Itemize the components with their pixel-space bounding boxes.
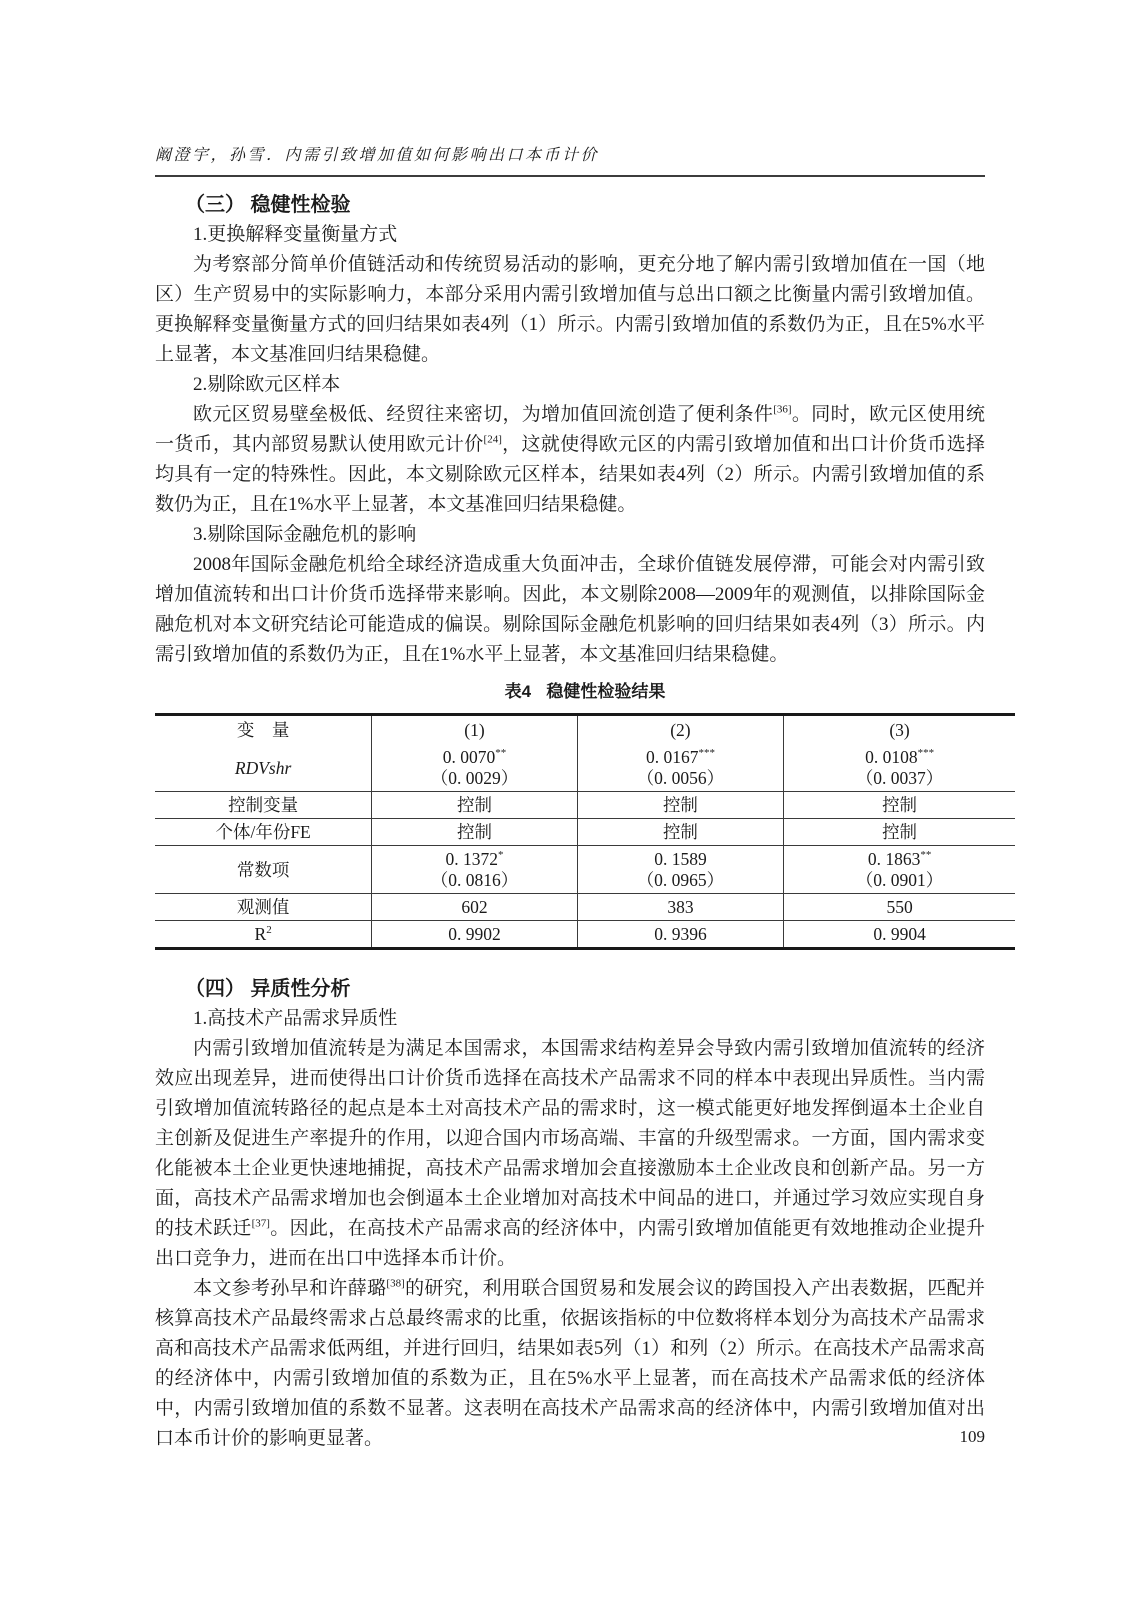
table4-row-obs: 观测值602383550 — [155, 894, 1015, 921]
table4-row-fe: 个体/年份FE控制控制控制 — [155, 819, 1015, 846]
row-label-obs: 观测值 — [155, 894, 372, 921]
significance-stars: *** — [698, 747, 715, 759]
subsection-heading-replace-variable: 1.更换解释变量衡量方式 — [155, 220, 985, 250]
coefficient-value: 0. 9904 — [788, 923, 1011, 945]
table4-cell: 602 — [372, 894, 578, 921]
standard-error: （0. 0029） — [376, 768, 573, 789]
paragraph-hightech-results: 本文参考孙早和许薛璐[38]的研究，利用联合国贸易和发展会议的跨国投入产出表数据… — [155, 1274, 985, 1454]
row-label-controls: 控制变量 — [155, 792, 372, 819]
coefficient-value: 0. 1589 — [582, 848, 779, 870]
table4-cell: 0. 1372*（0. 0816） — [372, 846, 578, 894]
coefficient-value: 0. 9396 — [582, 923, 779, 945]
table4-block: 表4稳健性检验结果 变 量(1)(2)(3) RDVshr0. 0070**（0… — [155, 680, 985, 950]
subsection-heading-exclude-eurozone: 2.剔除欧元区样本 — [155, 370, 985, 400]
coefficient-value: 控制 — [376, 794, 573, 816]
label-superscript: 2 — [266, 924, 272, 936]
table4-cell: 0. 9902 — [372, 921, 578, 949]
table4-cell: 0. 1863**（0. 0901） — [784, 846, 1015, 894]
table4-cell: 0. 0070**（0. 0029） — [372, 744, 578, 792]
table4-cell: 383 — [577, 894, 783, 921]
page-content: 阚澄宇，孙雪．内需引致增加值如何影响出口本币计价 （三） 稳健性检验 1.更换解… — [155, 0, 985, 1454]
table4-cell: 0. 9904 — [784, 921, 1015, 949]
table4-cell: 0. 0167***（0. 0056） — [577, 744, 783, 792]
standard-error: （0. 0901） — [788, 870, 1011, 891]
citation-ref: [24] — [484, 434, 502, 446]
coefficient-value: 0. 0070** — [376, 746, 573, 768]
standard-error: （0. 0037） — [788, 768, 1011, 789]
table4-row-r2: R20. 99020. 93960. 9904 — [155, 921, 1015, 949]
table4-header-variable: 变 量 — [155, 715, 372, 745]
standard-error: （0. 0816） — [376, 870, 573, 891]
table4-header-model-3: (3) — [784, 715, 1015, 745]
table4-header-model-1: (1) — [372, 715, 578, 745]
page-number: 109 — [960, 1427, 986, 1447]
table4-cell: 控制 — [784, 792, 1015, 819]
row-label-fe: 个体/年份FE — [155, 819, 372, 846]
row-label-rdvshr: RDVshr — [155, 744, 372, 792]
paragraph-exclude-eurozone: 欧元区贸易壁垒极低、经贸往来密切，为增加值回流创造了便利条件[36]。同时，欧元… — [155, 400, 985, 520]
citation-ref: [37] — [252, 1218, 270, 1230]
paragraph-hightech-mechanism: 内需引致增加值流转是为满足本国需求，本国需求结构差异会导致内需引致增加值流转的经… — [155, 1034, 985, 1274]
significance-stars: ** — [920, 849, 931, 861]
table4-cell: 控制 — [577, 792, 783, 819]
coefficient-value: 0. 0108*** — [788, 746, 1011, 768]
significance-stars: * — [498, 849, 504, 861]
coefficient-value: 控制 — [376, 821, 573, 843]
subsection-heading-hightech-demand: 1.高技术产品需求异质性 — [155, 1004, 985, 1034]
table4-cell: 0. 1589（0. 0965） — [577, 846, 783, 894]
coefficient-value: 383 — [582, 896, 779, 918]
table4-row-controls: 控制变量控制控制控制 — [155, 792, 1015, 819]
table4-cell: 控制 — [784, 819, 1015, 846]
table4-cell: 0. 0108***（0. 0037） — [784, 744, 1015, 792]
table4-cell: 控制 — [577, 819, 783, 846]
table4-row-constant: 常数项0. 1372*（0. 0816）0. 1589（0. 0965）0. 1… — [155, 846, 1015, 894]
table4-cell: 控制 — [372, 792, 578, 819]
citation-ref: [36] — [773, 404, 791, 416]
table4-caption-title: 稳健性检验结果 — [546, 682, 665, 701]
table4-cell: 控制 — [372, 819, 578, 846]
table4-cell: 0. 9396 — [577, 921, 783, 949]
table4-caption: 表4稳健性检验结果 — [155, 680, 1015, 704]
table4-caption-label: 表4 — [505, 682, 531, 701]
coefficient-value: 控制 — [582, 821, 779, 843]
table4-row-rdvshr: RDVshr0. 0070**（0. 0029）0. 0167***（0. 00… — [155, 744, 1015, 792]
significance-stars: ** — [495, 747, 506, 759]
table4-header-model-2: (2) — [577, 715, 783, 745]
coefficient-value: 控制 — [788, 794, 1011, 816]
coefficient-value: 0. 1863** — [788, 848, 1011, 870]
coefficient-value: 控制 — [788, 821, 1011, 843]
row-label-constant: 常数项 — [155, 846, 372, 894]
standard-error: （0. 0965） — [582, 870, 779, 891]
significance-stars: *** — [918, 747, 935, 759]
table4-body: RDVshr0. 0070**（0. 0029）0. 0167***（0. 00… — [155, 744, 1015, 949]
table4-header-row: 变 量(1)(2)(3) — [155, 715, 1015, 745]
coefficient-value: 550 — [788, 896, 1011, 918]
table4: 变 量(1)(2)(3) RDVshr0. 0070**（0. 0029）0. … — [155, 713, 1015, 950]
coefficient-value: 0. 0167*** — [582, 746, 779, 768]
row-label-r2: R2 — [155, 921, 372, 949]
subsection-heading-exclude-crisis: 3.剔除国际金融危机的影响 — [155, 520, 985, 550]
standard-error: （0. 0056） — [582, 768, 779, 789]
running-header: 阚澄宇，孙雪．内需引致增加值如何影响出口本币计价 — [155, 142, 985, 177]
paragraph-exclude-crisis: 2008年国际金融危机给全球经济造成重大负面冲击，全球价值链发展停滞，可能会对内… — [155, 550, 985, 670]
citation-ref: [38] — [386, 1278, 404, 1290]
section-4-heading: （四） 异质性分析 — [155, 974, 985, 1004]
coefficient-value: 0. 1372* — [376, 848, 573, 870]
coefficient-value: 控制 — [582, 794, 779, 816]
table4-cell: 550 — [784, 894, 1015, 921]
coefficient-value: 602 — [376, 896, 573, 918]
coefficient-value: 0. 9902 — [376, 923, 573, 945]
paragraph-replace-variable: 为考察部分简单价值链活动和传统贸易活动的影响，更充分地了解内需引致增加值在一国（… — [155, 250, 985, 370]
section-3-heading: （三） 稳健性检验 — [155, 190, 985, 220]
